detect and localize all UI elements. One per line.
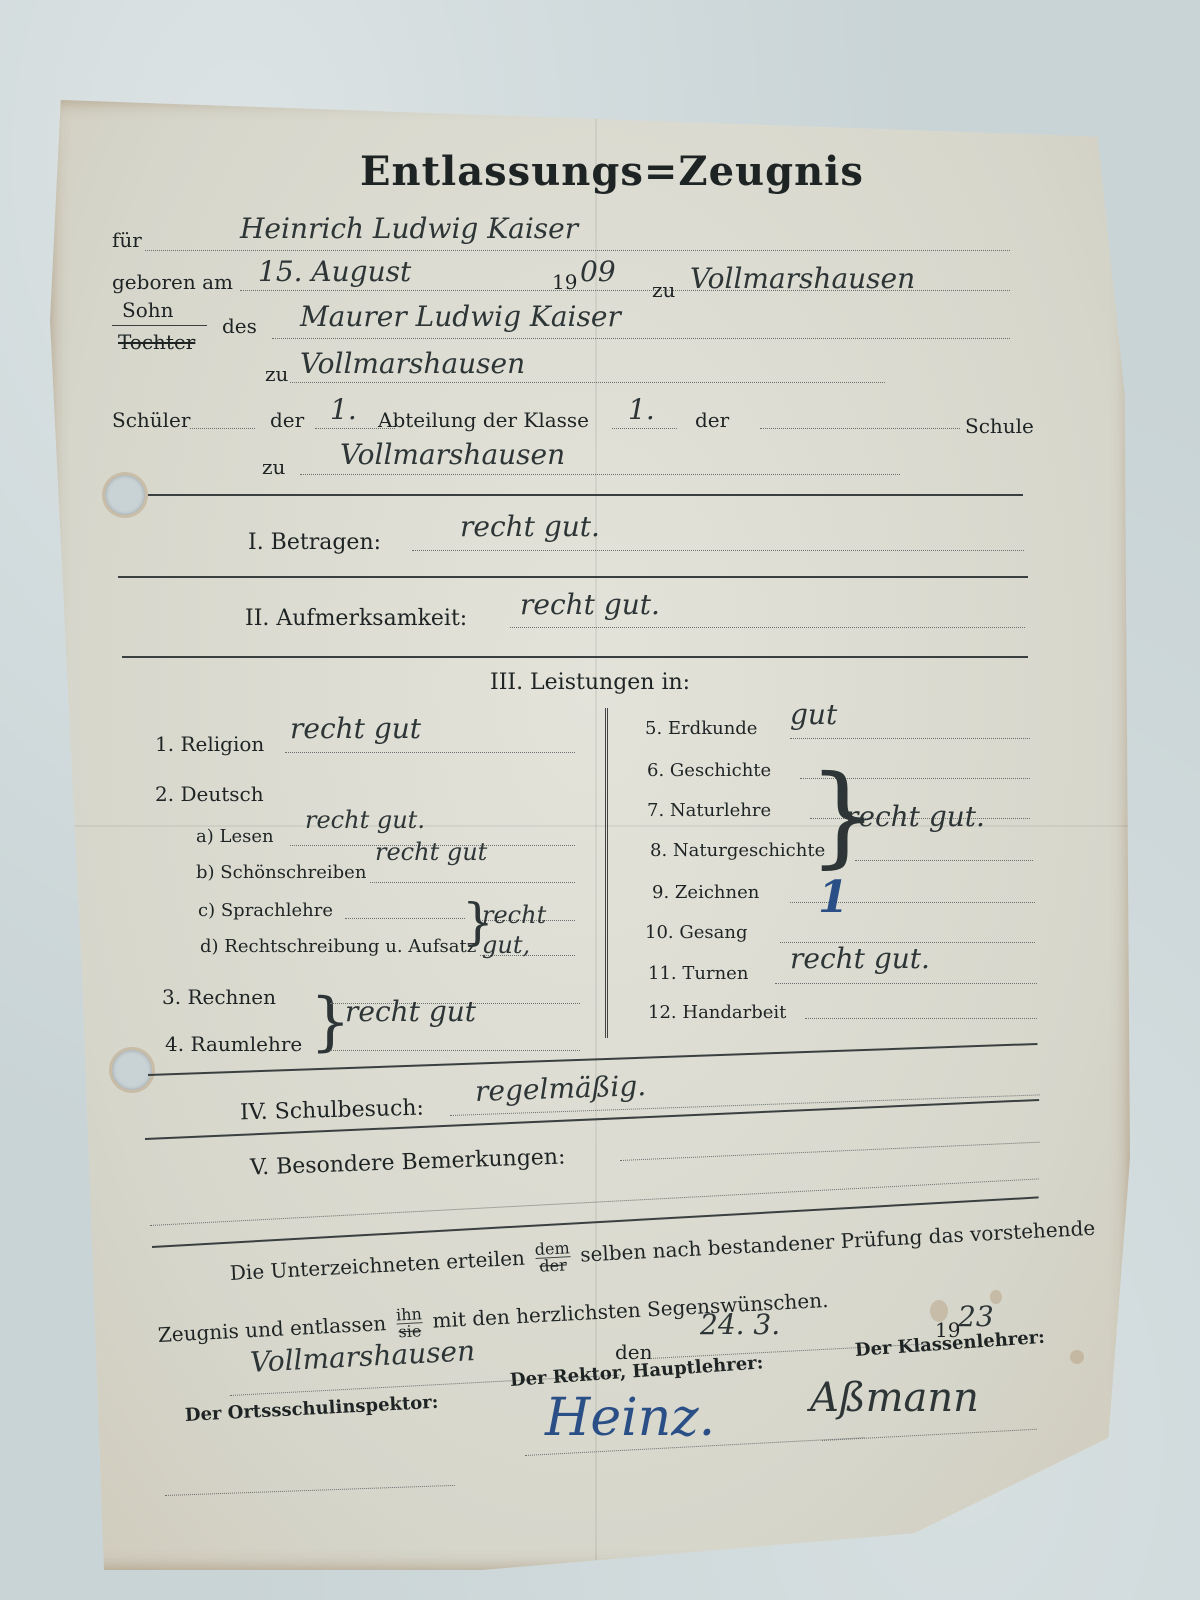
subject-raumlehre-label: 4. Raumlehre (165, 1032, 302, 1056)
born-place-label: zu (652, 278, 675, 302)
aufmerksamkeit-label: II. Aufmerksamkeit: (245, 606, 467, 631)
subject-deutsch-label: 2. Deutsch (155, 782, 264, 806)
parent-name: Maurer Ludwig Kaiser (300, 300, 621, 333)
schulbesuch-label: IV. Schulbesuch: (240, 1096, 425, 1126)
dotted-line (775, 983, 1037, 984)
dotted-line (330, 1050, 580, 1051)
rechnen-group-value: recht gut (345, 995, 476, 1028)
parent-place-label: zu (265, 362, 288, 386)
rektor-signature: Heinz. (545, 1388, 715, 1448)
daughter-label-struck: Tochter (118, 330, 195, 354)
klassenlehrer-signature: Aßmann (810, 1375, 979, 1421)
dotted-line (285, 752, 575, 753)
subject-erdkunde-value: gut (790, 698, 837, 731)
subject-naturgeschichte-label: 8. Naturgeschichte (650, 840, 825, 861)
abteilung-value: 1. (330, 393, 357, 426)
dotted-line (805, 1018, 1037, 1019)
der-label-2: der (695, 408, 729, 432)
parent-place: Vollmarshausen (300, 347, 525, 380)
born-year-suffix: 09 (580, 255, 616, 288)
betragen-label: I. Betragen: (248, 530, 381, 555)
subject-lesen-value: recht gut. (305, 806, 425, 834)
section-rule (148, 494, 1023, 496)
dotted-line (510, 627, 1025, 628)
subject-schoenschreiben-value: recht gut (375, 838, 487, 866)
leistungen-title: III. Leistungen in: (490, 670, 690, 695)
punch-hole-bottom (112, 1050, 152, 1090)
subject-rechnen-label: 3. Rechnen (162, 985, 276, 1009)
der-label: der (270, 408, 304, 432)
closing-date: 24. 3. (700, 1308, 780, 1341)
betragen-value: recht gut. (460, 510, 600, 543)
subject-zeichnen-label: 9. Zeichnen (652, 882, 759, 903)
closing-der-struck: der (535, 1257, 571, 1275)
dotted-line (345, 918, 465, 919)
subject-naturlehre-label: 7. Naturlehre (647, 800, 771, 821)
section-rule (122, 656, 1028, 658)
aufmerksamkeit-value: recht gut. (520, 588, 660, 621)
subject-geschichte-label: 6. Geschichte (647, 760, 771, 781)
dotted-line (145, 250, 1010, 251)
born-place: Vollmarshausen (690, 262, 915, 295)
fuer-label: für (112, 228, 142, 252)
dotted-line (190, 428, 255, 429)
born-year-prefix: 19 (552, 270, 577, 294)
subject-gesang-label: 10. Gesang (645, 922, 748, 943)
subject-lesen-label: a) Lesen (196, 826, 274, 847)
subject-sprachlehre-label: c) Sprachlehre (198, 900, 333, 921)
dotted-line (855, 860, 1033, 861)
sprache-group-value: recht gut, (482, 900, 572, 960)
subject-turnen-label: 11. Turnen (648, 963, 748, 984)
dotted-line (612, 428, 677, 429)
column-divider (605, 708, 608, 1038)
natur-group-value: recht gut. (845, 800, 985, 833)
subject-religion-label: 1. Religion (155, 732, 264, 756)
subject-religion-value: recht gut (290, 712, 421, 745)
subject-schoenschreiben-label: b) Schönschreiben (196, 862, 366, 883)
born-label: geboren am (112, 270, 233, 294)
school-place: Vollmarshausen (340, 438, 565, 471)
stain (1070, 1350, 1084, 1364)
punch-hole-top (105, 475, 145, 515)
subject-rechtschreibung-label: d) Rechtschreibung u. Aufsatz (200, 936, 476, 957)
subject-handarbeit-label: 12. Handarbeit (648, 1002, 786, 1023)
subject-turnen-value: recht gut. (790, 942, 930, 975)
son-label: Sohn (122, 298, 174, 322)
schule-label: Schule (965, 414, 1034, 438)
pupil-label: Schüler (112, 408, 190, 432)
klasse-value: 1. (628, 393, 655, 426)
dotted-line (760, 428, 960, 429)
des-label: des (222, 314, 257, 338)
fraction-rule (112, 325, 207, 326)
abteilung-label: Abteilung der Klasse (378, 408, 589, 432)
dotted-line (290, 382, 885, 383)
section-rule (118, 576, 1028, 578)
closing-year-suffix: 23 (958, 1300, 994, 1333)
subject-erdkunde-label: 5. Erdkunde (645, 718, 757, 739)
born-day: 15. August (258, 255, 411, 288)
dotted-line (300, 474, 900, 475)
dotted-line (272, 338, 1010, 339)
dotted-line (790, 738, 1030, 739)
dotted-line (370, 882, 575, 883)
document-title: Entlassungs=Zeugnis (360, 148, 864, 195)
school-place-label: zu (262, 455, 285, 479)
schulbesuch-value: regelmäßig. (474, 1069, 646, 1108)
dotted-line (412, 550, 1024, 551)
subject-gesang-value: 1 (818, 872, 849, 923)
student-name: Heinrich Ludwig Kaiser (240, 212, 578, 245)
